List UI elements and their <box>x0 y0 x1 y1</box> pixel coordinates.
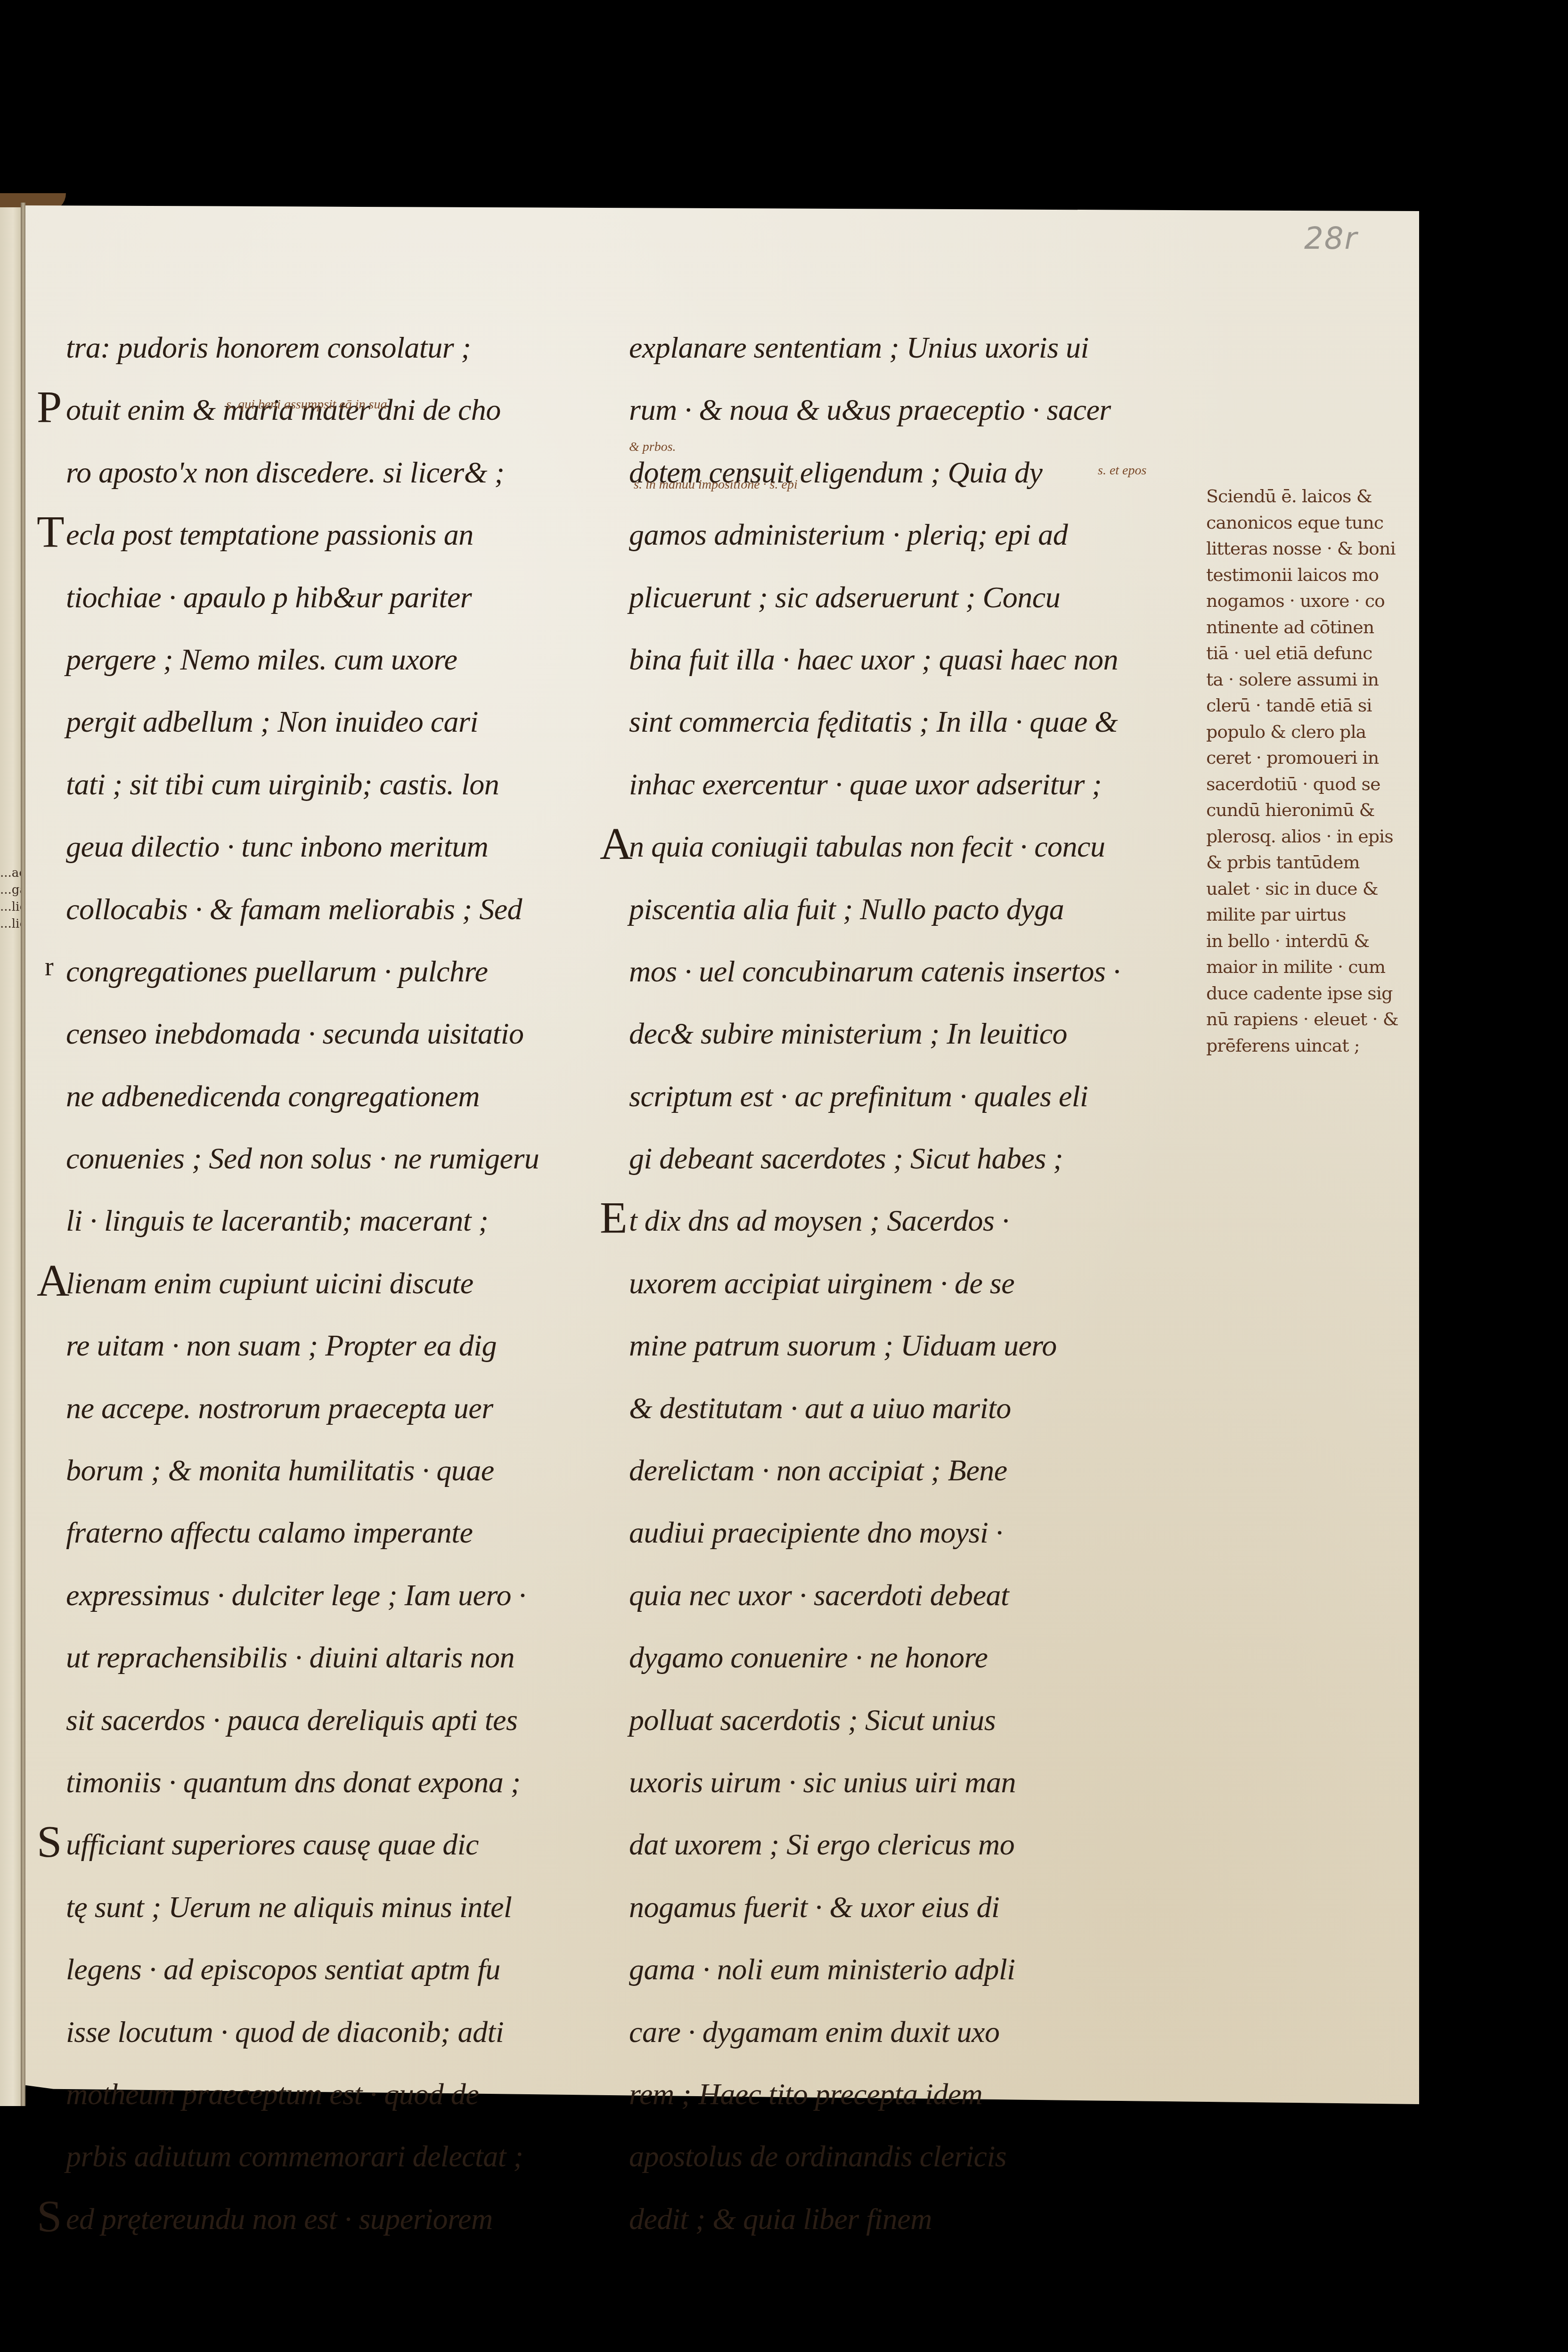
text-line: An quia coniugii tabulas non fecit · con… <box>629 816 1190 878</box>
left-text-column: tra: pudoris honorem consolatur ;Potuit … <box>66 317 622 2250</box>
line-text: collocabis · & famam meliorabis ; Sed <box>66 892 522 926</box>
text-line: tę sunt ; Uerum ne aliquis minus intel <box>66 1876 622 1938</box>
line-text: scriptum est · ac prefinitum · quales el… <box>629 1079 1088 1113</box>
marginal-line: cundū hieronimū & <box>1206 797 1418 824</box>
text-line: isse locutum · quod de diaconib; adti <box>66 2001 622 2063</box>
line-text: tę sunt ; Uerum ne aliquis minus intel <box>66 1890 512 1924</box>
marginal-line: tiā · uel etiā defunc <box>1206 640 1418 667</box>
text-line: quia nec uxor · sacerdoti debeat <box>629 1564 1190 1626</box>
line-text: mos · uel concubinarum catenis insertos … <box>629 955 1120 988</box>
line-text: tati ; sit tibi cum uirginib; castis. lo… <box>66 768 499 801</box>
text-line: gamos administerium · pleriq; epi ad <box>629 504 1190 566</box>
text-line: ne adbenedicenda congregationem <box>66 1065 622 1127</box>
text-line: dygamo conuenire · ne honore <box>629 1626 1190 1689</box>
text-line: rem ; Haec tito precepta idem <box>629 2063 1190 2125</box>
line-text: gama · noli eum ministerio adpli <box>629 1952 1015 1986</box>
marginal-line: testimonii laicos mo <box>1206 562 1418 588</box>
marginal-line: canonicos eque tunc <box>1206 510 1418 536</box>
text-line: apostolus de ordinandis clericis <box>629 2125 1190 2188</box>
marginal-note: Sciendū ē. laicos &canonicos eque tuncli… <box>1206 483 1418 1059</box>
line-text: lienam enim cupiunt uicini discute <box>66 1266 474 1300</box>
interlinear-gloss: & prbos. <box>629 441 676 454</box>
text-line: pergit adbellum ; Non inuideo cari <box>66 691 622 753</box>
text-line: sint commercia fęditatis ; In illa · qua… <box>629 691 1190 753</box>
line-text: nogamus fuerit · & uxor eius di <box>629 1890 999 1924</box>
marginal-line: sacerdotiū · quod se <box>1206 771 1418 798</box>
text-line: & destitutam · aut a uiuo marito <box>629 1377 1190 1439</box>
text-line: re uitam · non suam ; Propter ea dig <box>66 1315 622 1377</box>
text-line: bina fuit illa · haec uxor ; quasi haec … <box>629 629 1190 691</box>
text-line: care · dygamam enim duxit uxo <box>629 2001 1190 2063</box>
text-line: tiochiae · apaulo p hib&ur pariter <box>66 566 622 629</box>
marginal-line: clerū · tandē etiā si <box>1206 693 1418 719</box>
line-text: mine patrum suorum ; Uiduam uero <box>629 1329 1057 1362</box>
line-text: ro aposto'x non discedere. si licer& ; <box>66 456 504 489</box>
line-text: geua dilectio · tunc inbono meritum <box>66 830 488 863</box>
line-text: sint commercia fęditatis ; In illa · qua… <box>629 705 1118 738</box>
line-text: derelictam · non accipiat ; Bene <box>629 1454 1007 1487</box>
text-line: audiui praecipiente dno moysi · <box>629 1502 1190 1564</box>
text-line: uxoris uirum · sic unius uiri man <box>629 1751 1190 1813</box>
line-text: audiui praecipiente dno moysi · <box>629 1516 1003 1549</box>
text-line: mine patrum suorum ; Uiduam uero <box>629 1315 1190 1377</box>
initial-capital: P <box>37 376 62 438</box>
text-line: censeo inebdomada · secunda uisitatio <box>66 1003 622 1065</box>
text-line: sit sacerdos · pauca dereliquis apti tes <box>66 1689 622 1751</box>
line-text: ne adbenedicenda congregationem <box>66 1079 480 1113</box>
initial-capital: A <box>37 1249 69 1312</box>
right-text-column: explanare sententiam ; Unius uxoris uiru… <box>629 317 1190 2250</box>
line-text: pergere ; Nemo miles. cum uxore <box>66 643 457 676</box>
line-text: ne accepe. nostrorum praecepta uer <box>66 1391 493 1425</box>
text-line: piscentia alia fuit ; Nullo pacto dyga <box>629 878 1190 940</box>
line-text: n quia coniugii tabulas non fecit · conc… <box>629 830 1105 863</box>
marginal-line: populo & clero pla <box>1206 719 1418 745</box>
line-text: t dix dns ad moysen ; Sacerdos · <box>629 1204 1009 1237</box>
line-text: quia nec uxor · sacerdoti debeat <box>629 1578 1009 1612</box>
text-line: mos · uel concubinarum catenis insertos … <box>629 940 1190 1003</box>
text-line: explanare sententiam ; Unius uxoris ui <box>629 317 1190 379</box>
text-line: Et dix dns ad moysen ; Sacerdos · <box>629 1190 1190 1252</box>
line-text: timoniis · quantum dns donat expona ; <box>66 1765 521 1799</box>
text-line: ne accepe. nostrorum praecepta uer <box>66 1377 622 1439</box>
line-text: care · dygamam enim duxit uxo <box>629 2015 999 2049</box>
text-line: ro aposto'x non discedere. si licer& ; <box>66 441 622 504</box>
interlinear-gloss: s. qui beni assumpsit eā in sua <box>226 398 387 411</box>
line-text: ufficiant superiores causę quae dic <box>66 1828 479 1861</box>
line-text: piscentia alia fuit ; Nullo pacto dyga <box>629 892 1064 926</box>
text-line: dat uxorem ; Si ergo clericus mo <box>629 1813 1190 1876</box>
line-text: rum · & noua & u&us praeceptio · sacer <box>629 393 1111 426</box>
line-text: re uitam · non suam ; Propter ea dig <box>66 1329 497 1362</box>
text-line: li · linguis te lacerantib; macerant ; <box>66 1190 622 1252</box>
text-line: collocabis · & famam meliorabis ; Sed <box>66 878 622 940</box>
line-text: ed prętereundu non est · superiorem <box>66 2202 493 2236</box>
marginal-line: plerosq. alios · in epis <box>1206 824 1418 850</box>
marginal-line: & prbis tantūdem <box>1206 849 1418 876</box>
text-line: motheum praeceptum est · quod de <box>66 2063 622 2125</box>
text-line: gi debeant sacerdotes ; Sicut habes ; <box>629 1127 1190 1190</box>
marginal-line: ntinente ad cōtinen <box>1206 614 1418 641</box>
marginal-line: prēferens uincat ; <box>1206 1033 1418 1059</box>
line-text: explanare sententiam ; Unius uxoris ui <box>629 331 1089 364</box>
left-margin-mark: r <box>45 952 54 982</box>
line-text: gamos administerium · pleriq; epi ad <box>629 518 1068 551</box>
verso-line: ...ao· <box>0 865 21 882</box>
marginal-line: maior in milite · cum <box>1206 954 1418 980</box>
verso-page-fragment: ...ao· ...gapo ...ligo ...lien <box>0 207 22 2106</box>
text-line: rum · & noua & u&us praeceptio · sacer <box>629 379 1190 441</box>
line-text: congregationes puellarum · pulchre <box>66 955 488 988</box>
text-line: Tecla post temptatione passionis an <box>66 504 622 566</box>
line-text: uxorem accipiat uirginem · de se <box>629 1266 1014 1300</box>
text-line: inhac exercentur · quae uxor adseritur ; <box>629 753 1190 816</box>
line-text: legens · ad episcopos sentiat aptm fu <box>66 1952 500 1986</box>
text-line: conuenies ; Sed non solus · ne rumigeru <box>66 1127 622 1190</box>
text-line: uxorem accipiat uirginem · de se <box>629 1252 1190 1315</box>
text-line: borum ; & monita humilitatis · quae <box>66 1439 622 1502</box>
line-text: ecla post temptatione passionis an <box>66 518 474 551</box>
text-line: plicuerunt ; sic adseruerunt ; Concu <box>629 566 1190 629</box>
text-line: dedit ; & quia liber finem <box>629 2188 1190 2250</box>
line-text: dat uxorem ; Si ergo clericus mo <box>629 1828 1014 1861</box>
initial-capital: T <box>37 501 64 563</box>
line-text: borum ; & monita humilitatis · quae <box>66 1454 494 1487</box>
text-line: prbis adiutum commemorari delectat ; <box>66 2125 622 2188</box>
line-text: plicuerunt ; sic adseruerunt ; Concu <box>629 580 1060 614</box>
line-text: ut reprachensibilis · diuini altaris non <box>66 1641 514 1674</box>
line-text: censeo inebdomada · secunda uisitatio <box>66 1017 524 1050</box>
text-line: gama · noli eum ministerio adpli <box>629 1938 1190 2001</box>
line-text: & destitutam · aut a uiuo marito <box>629 1391 1011 1425</box>
line-text: motheum praeceptum est · quod de <box>66 2077 479 2111</box>
marginal-line: Sciendū ē. laicos & <box>1206 483 1418 510</box>
text-line: Sufficiant superiores causę quae dic <box>66 1813 622 1876</box>
marginal-line: ualet · sic in duce & <box>1206 876 1418 902</box>
line-text: tiochiae · apaulo p hib&ur pariter <box>66 580 472 614</box>
initial-capital: S <box>37 2185 62 2247</box>
line-text: dedit ; & quia liber finem <box>629 2202 932 2236</box>
text-line: polluat sacerdotis ; Sicut unius <box>629 1689 1190 1751</box>
gutter-spine <box>21 203 25 2106</box>
text-line: legens · ad episcopos sentiat aptm fu <box>66 1938 622 2001</box>
line-text: uxoris uirum · sic unius uiri man <box>629 1765 1016 1799</box>
marginal-line: in bello · interdū & <box>1206 928 1418 955</box>
text-line: geua dilectio · tunc inbono meritum <box>66 816 622 878</box>
verso-text: ...ao· ...gapo ...ligo ...lien <box>0 865 21 932</box>
text-line: fraterno affectu calamo imperante <box>66 1502 622 1564</box>
text-line: nogamus fuerit · & uxor eius di <box>629 1876 1190 1938</box>
verso-line: ...gapo <box>0 882 21 898</box>
verso-line: ...ligo <box>0 898 21 915</box>
text-line: tati ; sit tibi cum uirginib; castis. lo… <box>66 753 622 816</box>
marginal-line: duce cadente ipse sig <box>1206 980 1418 1007</box>
text-line: Sed prętereundu non est · superiorem <box>66 2188 622 2250</box>
text-line: scriptum est · ac prefinitum · quales el… <box>629 1065 1190 1127</box>
line-text: dec& subire ministerium ; In leuitico <box>629 1017 1067 1050</box>
text-line: derelictam · non accipiat ; Bene <box>629 1439 1190 1502</box>
text-line: expressimus · dulciter lege ; Iam uero · <box>66 1564 622 1626</box>
verso-line: ...lien <box>0 915 21 932</box>
initial-capital: S <box>37 1811 62 1873</box>
text-line: pergere ; Nemo miles. cum uxore <box>66 629 622 691</box>
line-text: inhac exercentur · quae uxor adseritur ; <box>629 768 1102 801</box>
line-text: apostolus de ordinandis clericis <box>629 2140 1006 2173</box>
line-text: dygamo conuenire · ne honore <box>629 1641 988 1674</box>
text-line: tra: pudoris honorem consolatur ; <box>66 317 622 379</box>
line-text: expressimus · dulciter lege ; Iam uero · <box>66 1578 526 1612</box>
line-text: li · linguis te lacerantib; macerant ; <box>66 1204 488 1237</box>
line-text: sit sacerdos · pauca dereliquis apti tes <box>66 1703 517 1737</box>
line-text: tra: pudoris honorem consolatur ; <box>66 331 471 364</box>
interlinear-gloss: s. et epos <box>1098 464 1146 477</box>
marginal-line: litteras nosse · & boni <box>1206 536 1418 562</box>
line-text: gi debeant sacerdotes ; Sicut habes ; <box>629 1142 1063 1175</box>
marginal-line: ta · solere assumi in <box>1206 667 1418 693</box>
marginal-line: ceret · promoueri in <box>1206 745 1418 771</box>
line-text: polluat sacerdotis ; Sicut unius <box>629 1703 996 1737</box>
line-text: rem ; Haec tito precepta idem <box>629 2077 982 2111</box>
line-text: bina fuit illa · haec uxor ; quasi haec … <box>629 643 1118 676</box>
text-line: timoniis · quantum dns donat expona ; <box>66 1751 622 1813</box>
line-text: prbis adiutum commemorari delectat ; <box>66 2140 523 2173</box>
text-line: Alienam enim cupiunt uicini discute <box>66 1252 622 1315</box>
text-line: dec& subire ministerium ; In leuitico <box>629 1003 1190 1065</box>
initial-capital: A <box>600 813 632 875</box>
text-line: ut reprachensibilis · diuini altaris non <box>66 1626 622 1689</box>
marginal-line: nogamos · uxore · co <box>1206 588 1418 614</box>
marginal-line: nū rapiens · eleuet · & <box>1206 1006 1418 1033</box>
line-text: fraterno affectu calamo imperante <box>66 1516 473 1549</box>
marginal-line: milite par uirtus <box>1206 902 1418 928</box>
text-line: congregationes puellarum · pulchre <box>66 940 622 1003</box>
interlinear-gloss: s. in manuu impositione · s. epi <box>634 478 798 491</box>
line-text: conuenies ; Sed non solus · ne rumigeru <box>66 1142 539 1175</box>
initial-capital: E <box>600 1187 627 1249</box>
line-text: pergit adbellum ; Non inuideo cari <box>66 705 478 738</box>
line-text: isse locutum · quod de diaconib; adti <box>66 2015 504 2049</box>
folio-number: 28r <box>1304 221 1358 256</box>
